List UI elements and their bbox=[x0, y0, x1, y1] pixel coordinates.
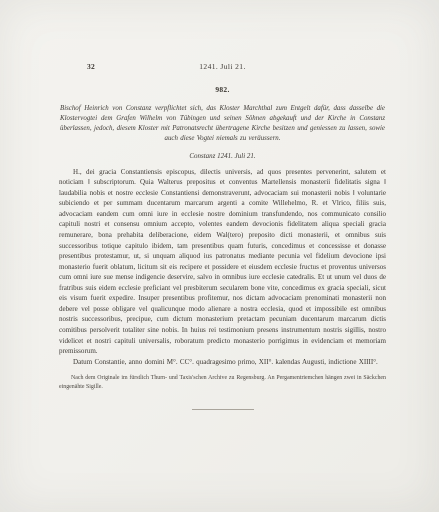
page-header: 32 1241. Juli 21. bbox=[59, 62, 386, 73]
charter-number: 982. bbox=[59, 85, 386, 94]
charter-latin-text: H., dei gracia Constantiensis episcopus,… bbox=[59, 167, 386, 357]
text-column: 32 1241. Juli 21. 982. Bischof Heinrich … bbox=[59, 62, 386, 410]
running-head-date: 1241. Juli 21. bbox=[59, 62, 386, 71]
scanned-book-page: 32 1241. Juli 21. 982. Bischof Heinrich … bbox=[0, 0, 439, 512]
archive-provenance-note: Nach dem Originale im fürstlich Thurn- u… bbox=[59, 374, 386, 392]
place-date-line: Constanz 1241. Juli 21. bbox=[59, 152, 386, 160]
regest-summary: Bischof Heinrich von Constanz verpflicht… bbox=[60, 104, 385, 145]
section-divider-rule bbox=[192, 409, 254, 410]
page-number: 32 bbox=[87, 62, 95, 71]
datum-line: Datum Constantie, anno domini M°. CC°. q… bbox=[59, 357, 386, 368]
